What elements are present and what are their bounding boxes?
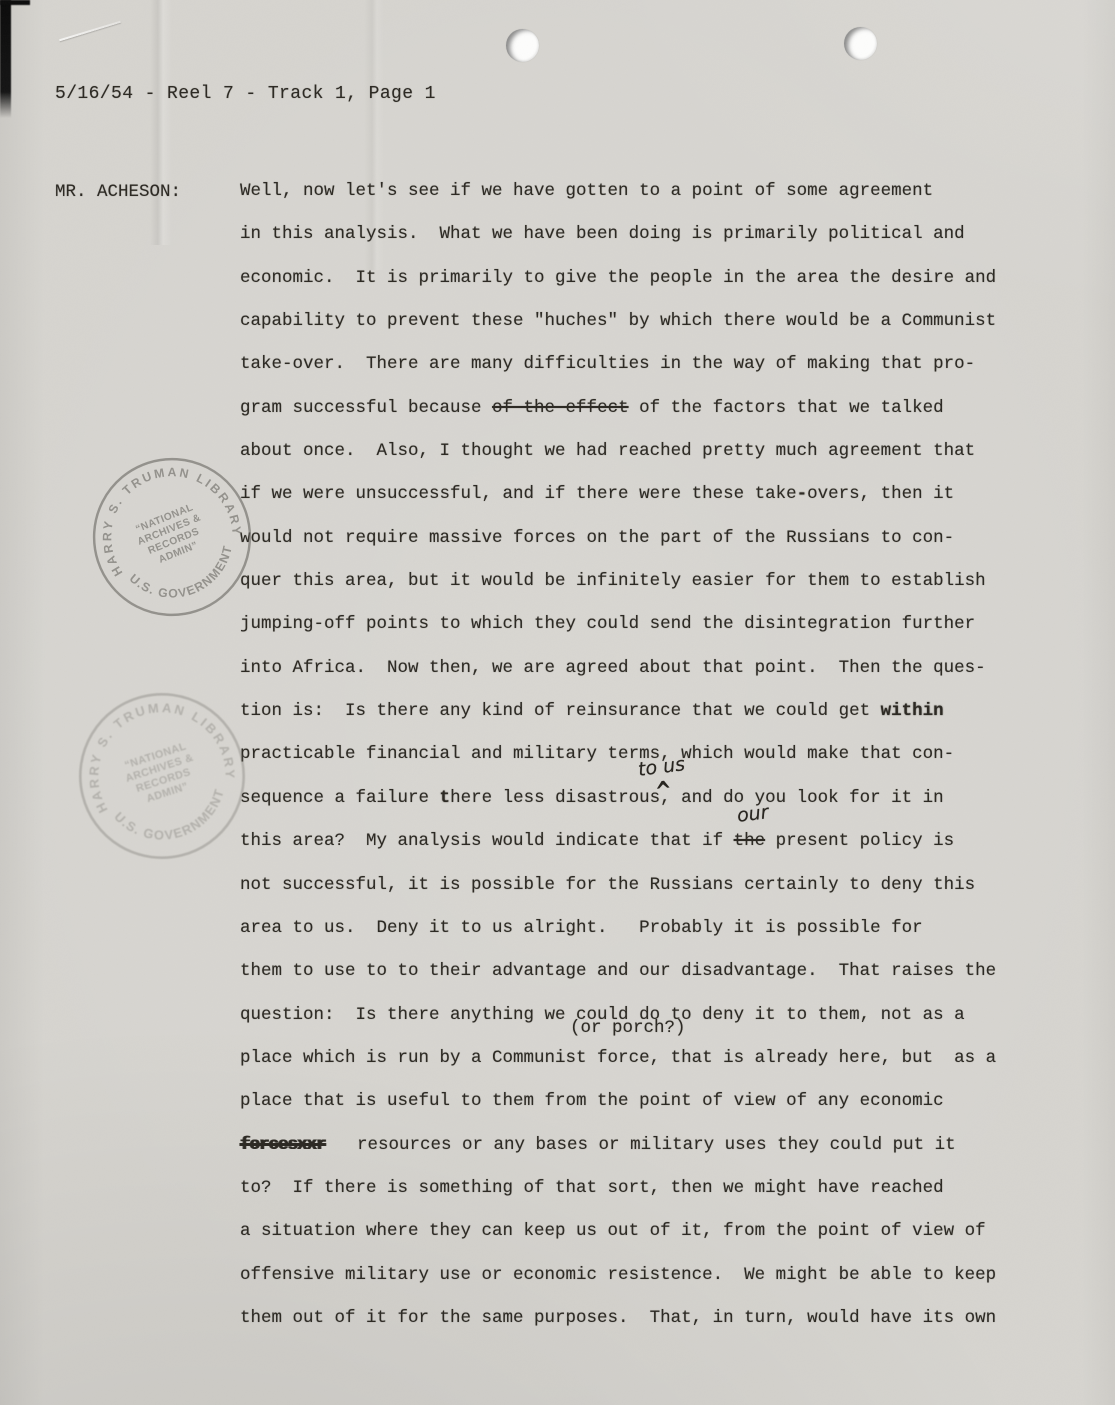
text-line: place which is run by a Communist force,… (240, 1048, 996, 1091)
text-line: if we were unsuccessful, and if there we… (240, 484, 996, 527)
text-line: offensive military use or economic resis… (240, 1265, 996, 1308)
scan-edge-artifact (0, 0, 11, 118)
paper-scratch (59, 21, 121, 42)
text-line: place that is useful to them from the po… (240, 1091, 996, 1134)
text-line: into Africa. Now then, we are agreed abo… (240, 658, 996, 701)
text-line: economic. It is primarily to give the pe… (240, 268, 996, 311)
text-line: Well, now let's see if we have gotten to… (240, 181, 996, 224)
text-line: gram successful because of the effect of… (240, 398, 996, 441)
text-line: jumping-off points to which they could s… (240, 614, 996, 657)
text-line: practicable financial and military terms… (240, 744, 996, 787)
truman-library-stamp-lower: HARRY S. TRUMAN LIBRARY U.S. GOVERNMENT … (76, 690, 248, 862)
scan-edge-artifact (0, 0, 30, 5)
page-header: 5/16/54 - Reel 7 - Track 1, Page 1 (55, 84, 436, 104)
text-line: them to use to to their advantage and ou… (240, 961, 996, 1004)
text-line: to? If there is something of that sort, … (240, 1178, 996, 1221)
text-line: about once. Also, I thought we had reach… (240, 441, 996, 484)
punch-hole-right (844, 27, 877, 60)
text-line: area to us. Deny it to us alright. Proba… (240, 918, 996, 961)
text-line: quer this area, but it would be infinite… (240, 571, 996, 614)
text-line: sequence a failure there less disastrous… (240, 788, 996, 831)
text-line: a situation where they can keep us out o… (240, 1221, 996, 1264)
truman-library-stamp-upper: HARRY S. TRUMAN LIBRARY U.S. GOVERNMENT … (90, 455, 254, 619)
text-line: take-over. There are many difficulties i… (240, 354, 996, 397)
speaker-label: MR. ACHESON: (55, 182, 181, 202)
transcript-lines: Well, now let's see if we have gotten to… (240, 181, 996, 1351)
text-line: capability to prevent these "huches" by … (240, 311, 996, 354)
text-line: in this analysis. What we have been doin… (240, 224, 996, 267)
text-line: would not require massive forces on the … (240, 528, 996, 571)
scanned-document-page: { "colors": { "paper": "#d6d4cf", "ink":… (0, 0, 1115, 1405)
handwritten-caret: ^ (654, 774, 672, 808)
text-line: forcesxxr resources or any bases or mili… (240, 1135, 996, 1178)
punch-hole-left (506, 29, 539, 62)
handwritten-insert-our: our (736, 801, 770, 827)
text-line: them out of it for the same purposes. Th… (240, 1308, 996, 1351)
text-line: tion is: Is there any kind of reinsuranc… (240, 701, 996, 744)
text-line: this area? My analysis would indicate th… (240, 831, 996, 874)
paper-crease (150, 0, 172, 245)
typed-insert-or-porch: (or porch?) (570, 1018, 686, 1038)
text-line: not successful, it is possible for the R… (240, 875, 996, 918)
